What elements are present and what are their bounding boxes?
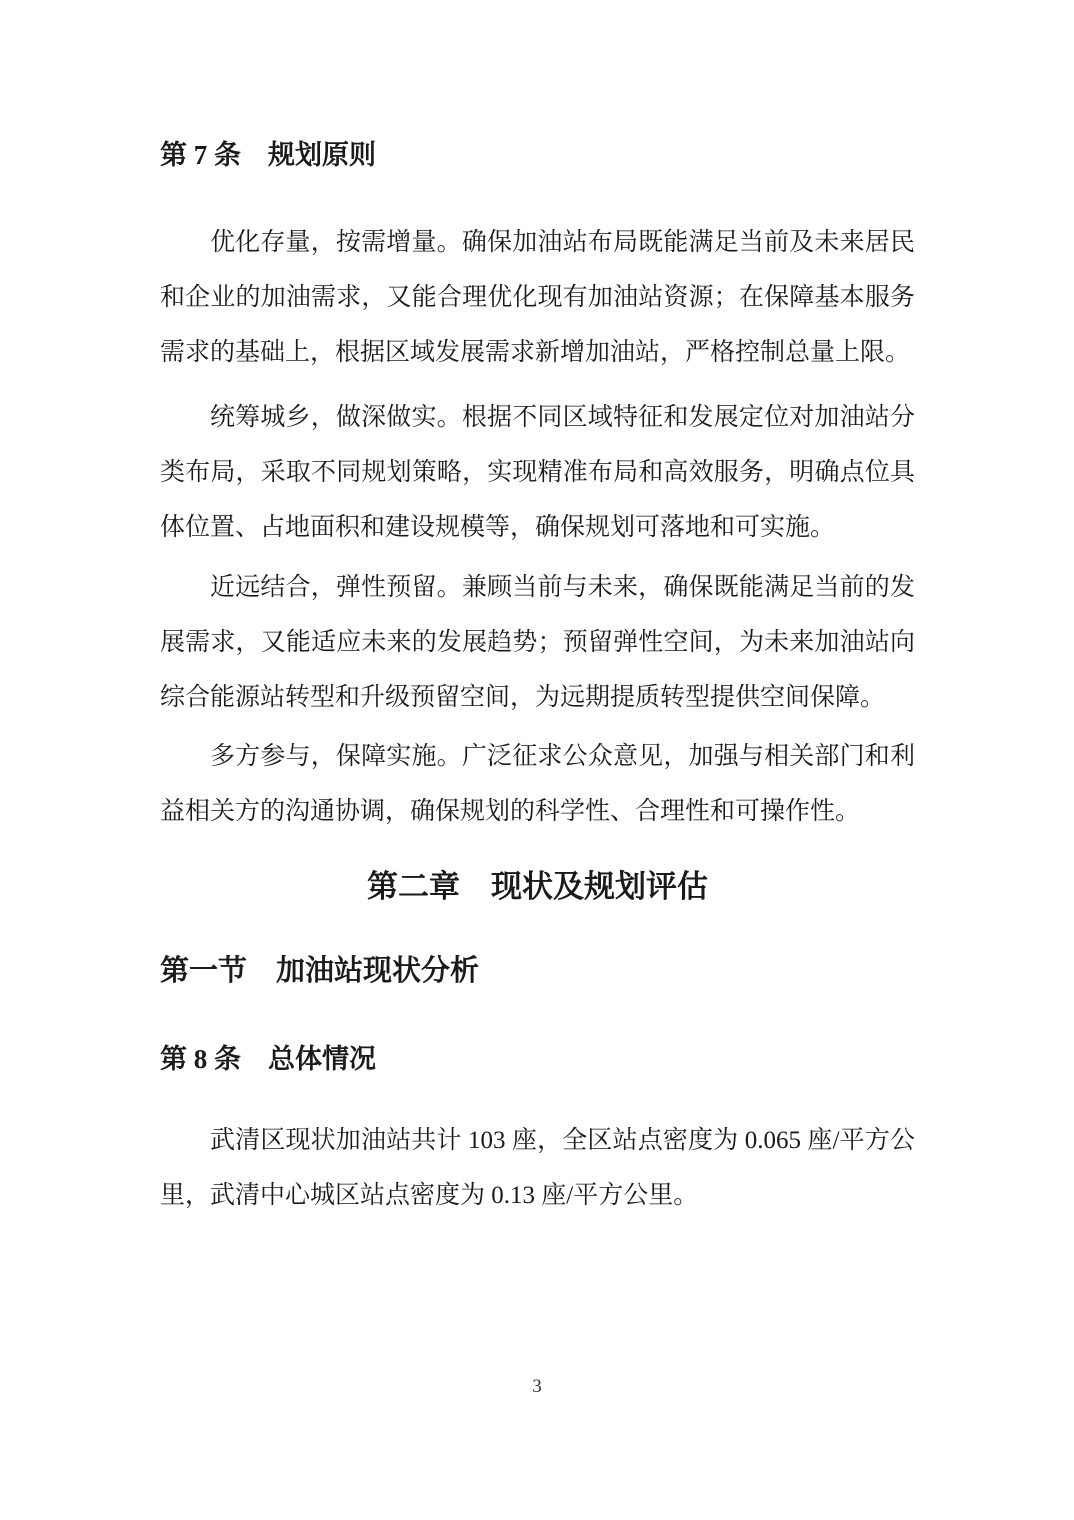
article-7-paragraph-2: 统筹城乡，做深做实。根据不同区域特征和发展定位对加油站分类布局，采取不同规划策略… (160, 390, 915, 555)
document-content: 第 7 条 规划原则 优化存量，按需增量。确保加油站布局既能满足当前及未来居民和… (160, 138, 915, 1223)
article-8-paragraph-1: 武清区现状加油站共计 103 座，全区站点密度为 0.065 座/平方公里，武清… (160, 1113, 915, 1223)
document-page: 第 7 条 规划原则 优化存量，按需增量。确保加油站布局既能满足当前及未来居民和… (0, 0, 1074, 1520)
article-7-paragraph-1: 优化存量，按需增量。确保加油站布局既能满足当前及未来居民和企业的加油需求，又能合… (160, 215, 915, 380)
article-7-paragraph-3: 近远结合，弹性预留。兼顾当前与未来，确保既能满足当前的发展需求，又能适应未来的发… (160, 560, 915, 725)
chapter-2-heading: 第二章 现状及规划评估 (160, 865, 915, 909)
article-8-heading: 第 8 条 总体情况 (160, 1041, 915, 1077)
section-1-heading: 第一节 加油站现状分析 (160, 951, 915, 991)
article-7-paragraph-4: 多方参与，保障实施。广泛征求公众意见，加强与相关部门和利益相关方的沟通协调，确保… (160, 729, 915, 839)
article-7-heading: 第 7 条 规划原则 (160, 138, 915, 172)
page-number: 3 (0, 1375, 1074, 1399)
